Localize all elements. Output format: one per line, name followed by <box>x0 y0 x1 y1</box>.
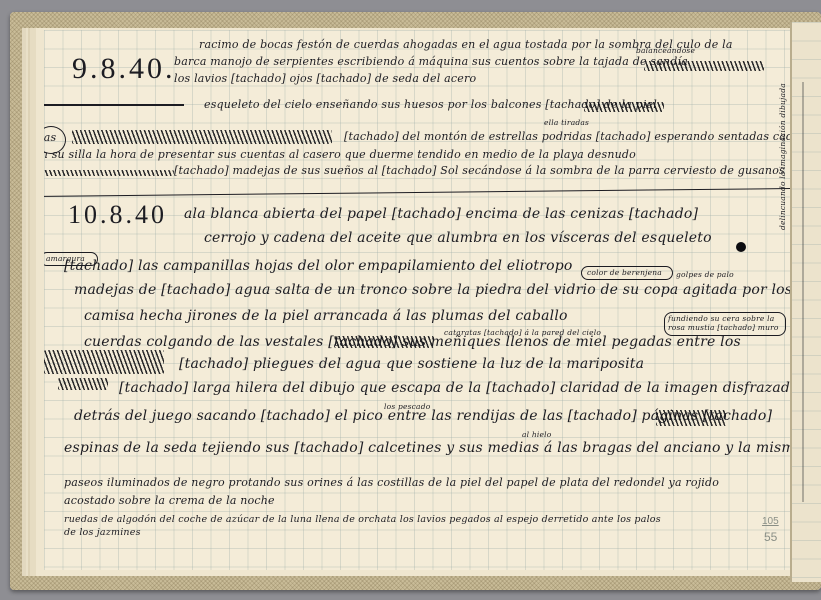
entry-line: [tachado] madejas de sus sueños al [tach… <box>174 164 785 177</box>
notebook-page: 9.8.40. racimo de bocas festón de cuerda… <box>44 30 790 570</box>
ink-blot <box>736 242 746 252</box>
strikeout <box>72 130 332 144</box>
entry-line: [tachado] las campanillas hojas del olor… <box>64 258 573 274</box>
entry-line: en su silla la hora de presentar sus cue… <box>44 148 636 161</box>
entry-line: madejas de [tachado] agua salta de un tr… <box>74 282 790 298</box>
strikeout <box>656 410 726 426</box>
vertical-margin-note: delincuando la imaginación dibujada <box>778 83 787 230</box>
page-number-upper: 105 <box>762 516 779 527</box>
annotation: ella tiradas <box>544 118 589 127</box>
entry-line: [tachado] del montón de estrellas podrid… <box>344 130 790 143</box>
entry-line: ruedas de algodón del coche de azúcar de… <box>64 514 661 525</box>
strikeout <box>44 350 164 374</box>
annotation: balanceándose <box>636 46 695 55</box>
entry-line: de los jazmines <box>64 527 141 538</box>
annotation: golpes de palo <box>676 270 734 279</box>
strikeout <box>584 102 664 112</box>
marginal-note: las <box>44 131 56 144</box>
entry-line: los lavios [tachado] ojos [tachado] de s… <box>174 72 476 85</box>
annotation: color de berenjena <box>587 268 662 277</box>
entry-line: barca manojo de serpientes escribiendo á… <box>174 55 688 68</box>
strikeout <box>644 61 764 71</box>
strikeout <box>58 378 108 390</box>
right-page-edge <box>790 22 821 582</box>
date-underline <box>44 104 184 106</box>
annotation: fundiendo su cera sobre la rosa mustia [… <box>668 314 783 332</box>
entry-line: [tachado] pliegues del agua que sostiene… <box>179 356 644 372</box>
entry-line: [tachado] larga hilera del dibujo que es… <box>119 380 790 396</box>
entry-line: cerrojo y cadena del aceite que alumbra … <box>204 230 712 246</box>
entry-line: ala blanca abierta del papel [tachado] e… <box>184 206 698 222</box>
entry-line: camisa hecha jirones de la piel arrancad… <box>84 308 568 324</box>
entry-date: 10.8.40 <box>68 200 167 230</box>
entry-date: 9.8.40. <box>72 52 176 86</box>
section-divider <box>44 188 790 197</box>
gutter-scribble <box>802 82 804 502</box>
entry-line: paseos iluminados de negro protando sus … <box>64 476 719 489</box>
page-number-lower: 55 <box>764 530 777 544</box>
entry-line: espinas de la seda tejiendo sus [tachado… <box>64 440 790 456</box>
entry-line: acostado sobre la crema de la noche <box>64 494 275 507</box>
strikeout <box>334 336 434 348</box>
annotation: al hielo <box>522 430 551 439</box>
strikeout <box>44 170 174 176</box>
